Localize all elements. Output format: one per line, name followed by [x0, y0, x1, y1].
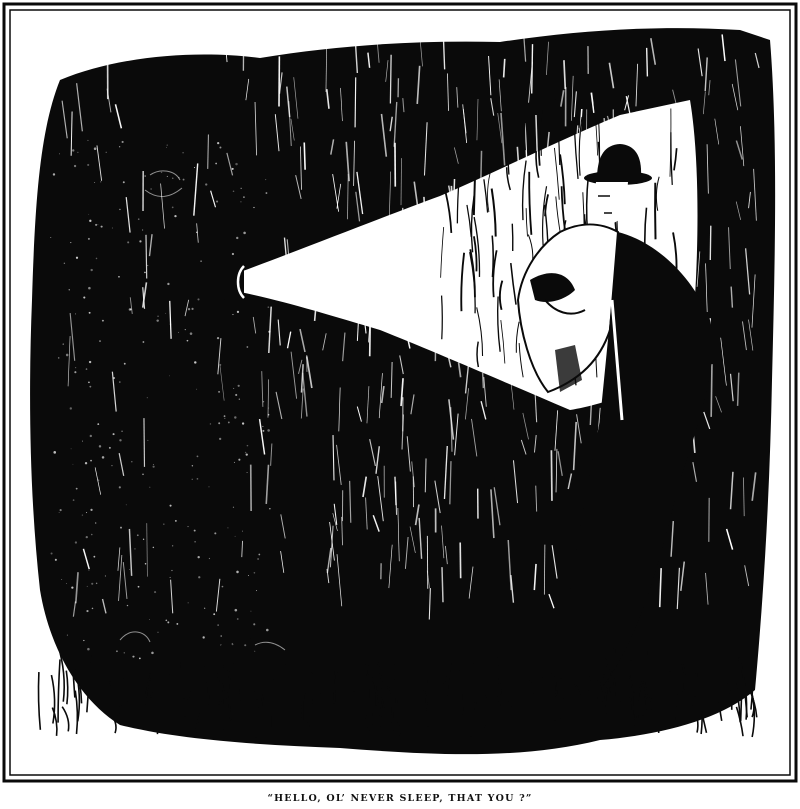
flashlight-icon: [222, 262, 244, 300]
illustration: [0, 0, 800, 785]
caption: “HELLO, OL’ NEVER SLEEP, THAT YOU ?”: [0, 789, 800, 809]
